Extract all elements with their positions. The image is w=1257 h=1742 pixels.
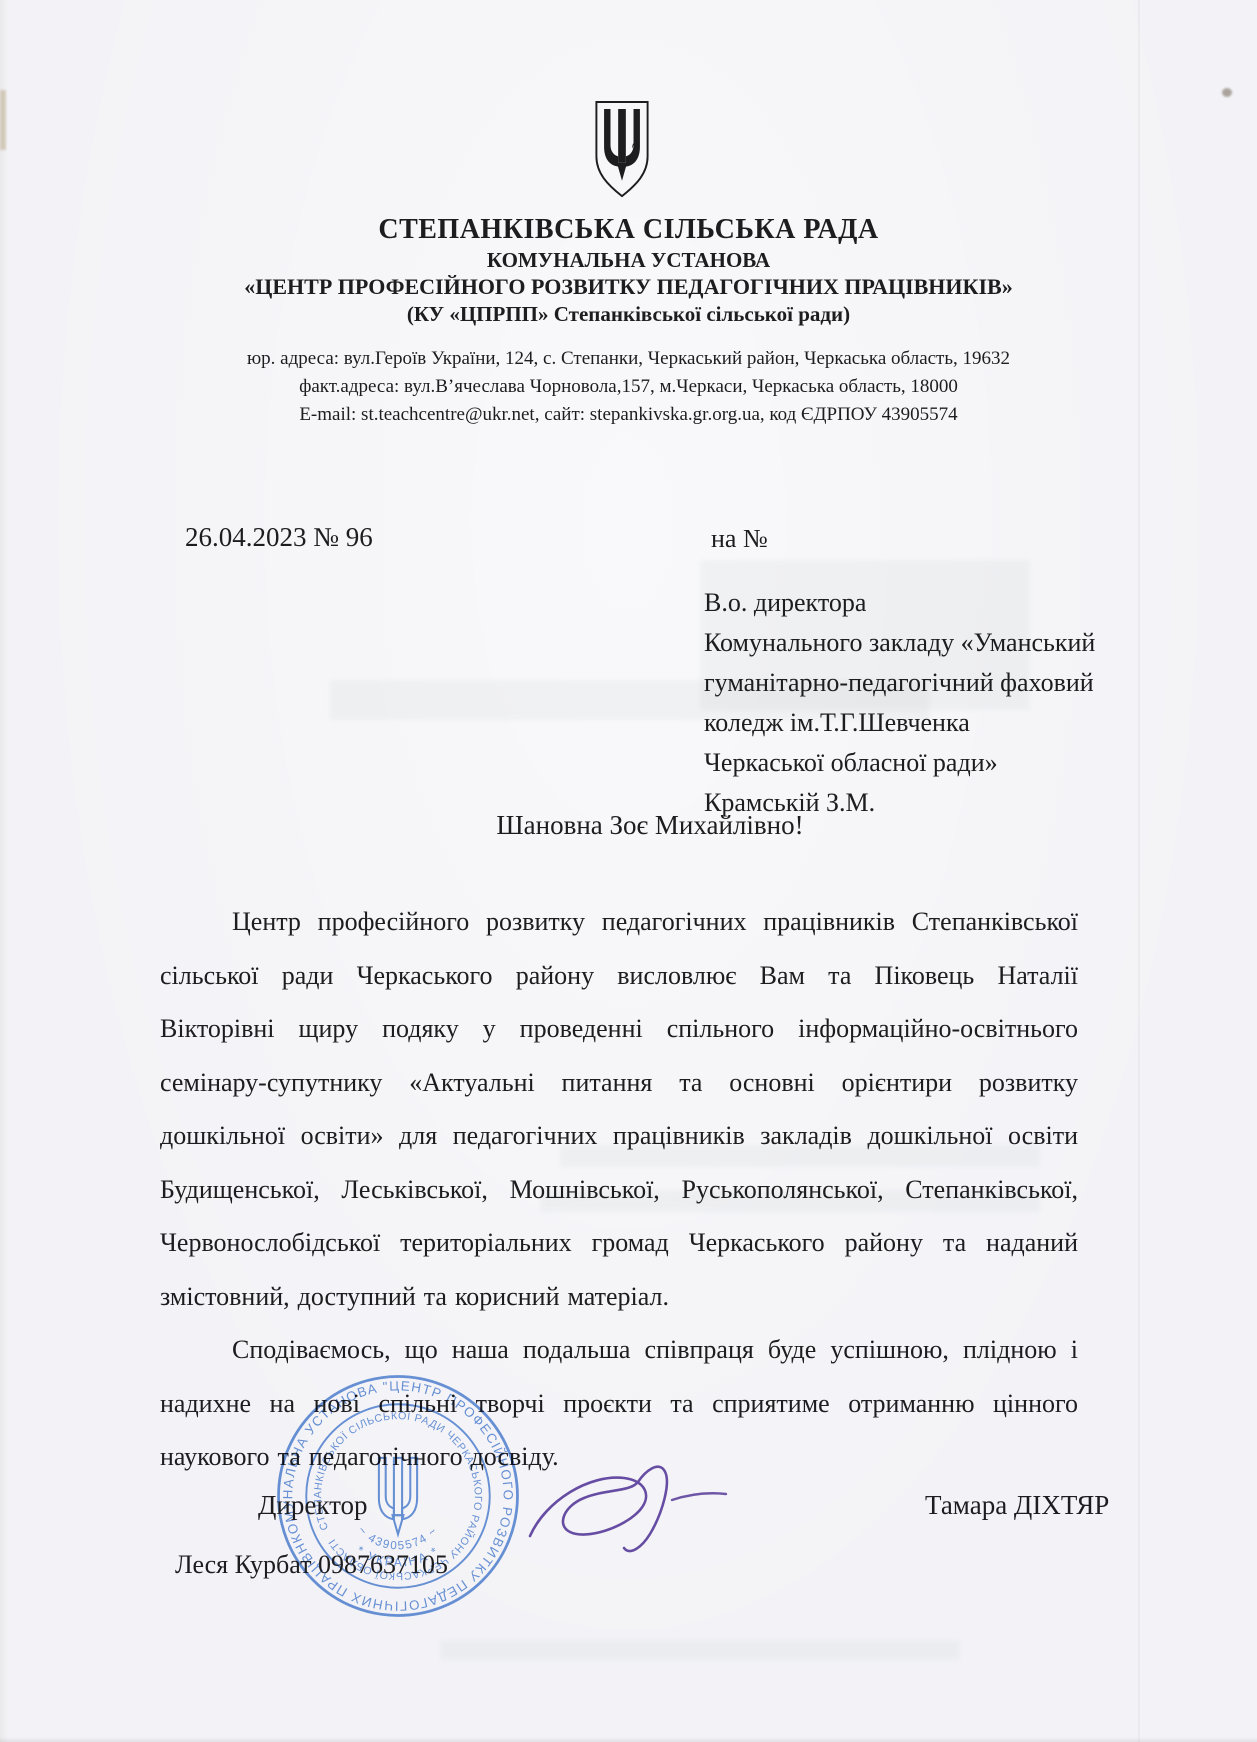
ukraine-trident-emblem-icon bbox=[590, 98, 654, 202]
recipient-line: Черкаської обласної ради» bbox=[704, 743, 1095, 783]
reply-to-label: на № bbox=[711, 524, 768, 554]
bleed-through-artifact bbox=[440, 1640, 960, 1660]
stamp-trident-icon bbox=[379, 1458, 417, 1534]
body-paragraph: Центр професійного розвитку педагогічних… bbox=[160, 895, 1078, 1323]
recipient-line: В.о. директора bbox=[704, 583, 1095, 623]
salutation: Шановна Зоє Михайлівно! bbox=[120, 810, 1180, 841]
org-short-line: (КУ «ЦПРПП» Степанківської сільської рад… bbox=[0, 302, 1257, 327]
recipient-line: гуманітарно-педагогічний фаховий bbox=[704, 663, 1095, 703]
scan-speck bbox=[1222, 88, 1232, 97]
executor-contact: Леся Курбат 0987637105 bbox=[175, 1550, 448, 1580]
recipient-line: Комунального закладу «Уманський bbox=[704, 623, 1095, 663]
org-type-line: КОМУНАЛЬНА УСТАНОВА bbox=[0, 248, 1257, 273]
signer-title: Директор bbox=[258, 1490, 368, 1521]
signer-name: Тамара ДІХТЯР bbox=[925, 1490, 1109, 1521]
contacts-line: E-mail: st.teachcentre@ukr.net, сайт: st… bbox=[0, 404, 1257, 426]
org-name-line: СТЕПАНКІВСЬКА СІЛЬСЬКА РАДА bbox=[0, 214, 1257, 246]
org-center-line: «ЦЕНТР ПРОФЕСІЙНОГО РОЗВИТКУ ПЕДАГОГІЧНИ… bbox=[0, 274, 1257, 300]
recipient-block: В.о. директора Комунального закладу «Ума… bbox=[704, 583, 1095, 823]
legal-address-line: юр. адреса: вул.Героїв України, 124, с. … bbox=[0, 348, 1257, 370]
actual-address-line: факт.адреса: вул.В’ячеслава Чорновола,15… bbox=[0, 376, 1257, 398]
scan-edge-mark bbox=[0, 90, 6, 150]
handwritten-signature bbox=[512, 1448, 762, 1578]
recipient-line: коледж ім.Т.Г.Шевченка bbox=[704, 703, 1095, 743]
scanned-letter-page: СТЕПАНКІВСЬКА СІЛЬСЬКА РАДА КОМУНАЛЬНА У… bbox=[0, 0, 1257, 1742]
outgoing-date-number: 26.04.2023 № 96 bbox=[185, 522, 373, 553]
